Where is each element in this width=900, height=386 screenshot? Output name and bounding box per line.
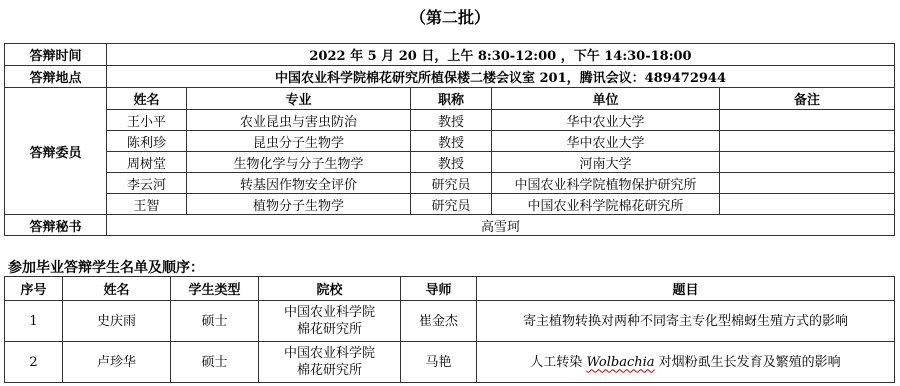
member-name: 李云河 <box>107 173 187 194</box>
page-title: （第二批） <box>0 5 900 28</box>
committee-header-major: 专业 <box>187 88 411 110</box>
committee-header-title: 职称 <box>411 88 492 110</box>
school-line-1: 中国农业科学院 <box>259 345 400 362</box>
place-label: 答辩地点 <box>5 66 107 88</box>
student-type: 硕士 <box>171 342 259 383</box>
table-row: 2 卢珍华 硕士 中国农业科学院 棉花研究所 马艳 人工转染 Wolbachia… <box>5 342 895 383</box>
member-major: 转基因作物安全评价 <box>187 173 411 194</box>
secretary-value: 高雪珂 <box>107 215 895 236</box>
student-no: 1 <box>5 301 63 342</box>
student-name: 卢珍华 <box>63 342 171 383</box>
header-name: 姓名 <box>63 277 171 301</box>
member-title: 教授 <box>411 110 492 131</box>
school-line-1: 中国农业科学院 <box>259 304 400 321</box>
member-unit: 河南大学 <box>492 152 720 173</box>
member-name: 王智 <box>107 194 187 215</box>
place-row: 答辩地点 中国农业科学院棉花研究所植保楼二楼会议室 201，腾讯会议：48947… <box>5 66 895 88</box>
student-school: 中国农业科学院 棉花研究所 <box>259 301 401 342</box>
member-name: 王小平 <box>107 110 187 131</box>
student-advisor: 马艳 <box>401 342 477 383</box>
table-row: 周树堂 生物化学与分子生物学 教授 河南大学 <box>5 152 895 173</box>
member-major: 植物分子生物学 <box>187 194 411 215</box>
committee-header-name: 姓名 <box>107 88 187 110</box>
defense-info-table: 答辩时间 2022 年 5 月 20 日，上午 8:30-12:00 ，下午 1… <box>4 43 895 236</box>
table-row: 王智 植物分子生物学 研究员 中国农业科学院棉花研究所 <box>5 194 895 215</box>
member-notes <box>720 110 895 131</box>
member-unit: 中国农业科学院棉花研究所 <box>492 194 720 215</box>
committee-header-unit: 单位 <box>492 88 720 110</box>
member-notes <box>720 173 895 194</box>
member-notes <box>720 131 895 152</box>
committee-header-row: 答辩委员 姓名 专业 职称 单位 备注 <box>5 88 895 110</box>
header-school: 院校 <box>259 277 401 301</box>
table-row: 李云河 转基因作物安全评价 研究员 中国农业科学院植物保护研究所 <box>5 173 895 194</box>
member-major: 生物化学与分子生物学 <box>187 152 411 173</box>
student-type: 硕士 <box>171 301 259 342</box>
students-header-row: 序号 姓名 学生类型 院校 导师 题目 <box>5 277 895 301</box>
committee-label: 答辩委员 <box>5 88 107 215</box>
committee-header-notes: 备注 <box>720 88 895 110</box>
secretary-row: 答辩秘书 高雪珂 <box>5 215 895 236</box>
time-label: 答辩时间 <box>5 44 107 66</box>
member-major: 农业昆虫与害虫防治 <box>187 110 411 131</box>
member-unit: 中国农业科学院植物保护研究所 <box>492 173 720 194</box>
school-line-2: 棉花研究所 <box>259 321 400 338</box>
table-row: 陈利珍 昆虫分子生物学 教授 华中农业大学 <box>5 131 895 152</box>
student-no: 2 <box>5 342 63 383</box>
table-row: 王小平 农业昆虫与害虫防治 教授 华中农业大学 <box>5 110 895 131</box>
time-row: 答辩时间 2022 年 5 月 20 日，上午 8:30-12:00 ，下午 1… <box>5 44 895 66</box>
member-unit: 华中农业大学 <box>492 110 720 131</box>
student-school: 中国农业科学院 棉花研究所 <box>259 342 401 383</box>
table-row: 1 史庆雨 硕士 中国农业科学院 棉花研究所 崔金杰 寄主植物转换对两种不同寄主… <box>5 301 895 342</box>
header-advisor: 导师 <box>401 277 477 301</box>
header-no: 序号 <box>5 277 63 301</box>
member-name: 陈利珍 <box>107 131 187 152</box>
student-advisor: 崔金杰 <box>401 301 477 342</box>
member-title: 研究员 <box>411 194 492 215</box>
student-name: 史庆雨 <box>63 301 171 342</box>
member-notes <box>720 194 895 215</box>
member-title: 教授 <box>411 152 492 173</box>
member-name: 周树堂 <box>107 152 187 173</box>
time-value: 2022 年 5 月 20 日，上午 8:30-12:00 ，下午 14:30-… <box>107 44 895 66</box>
member-title: 教授 <box>411 131 492 152</box>
topic-text: 人工转染 <box>530 355 586 370</box>
member-major: 昆虫分子生物学 <box>187 131 411 152</box>
member-title: 研究员 <box>411 173 492 194</box>
place-value: 中国农业科学院棉花研究所植保楼二楼会议室 201，腾讯会议：489472944 <box>107 66 895 88</box>
topic-italic: Wolbachia <box>586 355 654 370</box>
student-topic: 寄主植物转换对两种不同寄主专化型棉蚜生殖方式的影响 <box>477 301 895 342</box>
students-heading: 参加毕业答辩学生名单及顺序： <box>8 257 204 277</box>
topic-text: 寄主植物转换对两种不同寄主专化型棉蚜生殖方式的影响 <box>523 314 848 329</box>
member-unit: 华中农业大学 <box>492 131 720 152</box>
school-line-2: 棉花研究所 <box>259 362 400 379</box>
header-type: 学生类型 <box>171 277 259 301</box>
member-notes <box>720 152 895 173</box>
student-topic: 人工转染 Wolbachia 对烟粉虱生长发育及繁殖的影响 <box>477 342 895 383</box>
header-topic: 题目 <box>477 277 895 301</box>
secretary-label: 答辩秘书 <box>5 215 107 236</box>
students-table: 序号 姓名 学生类型 院校 导师 题目 1 史庆雨 硕士 中国农业科学院 棉花研… <box>4 276 895 383</box>
topic-text-post: 对烟粉虱生长发育及繁殖的影响 <box>655 355 841 370</box>
